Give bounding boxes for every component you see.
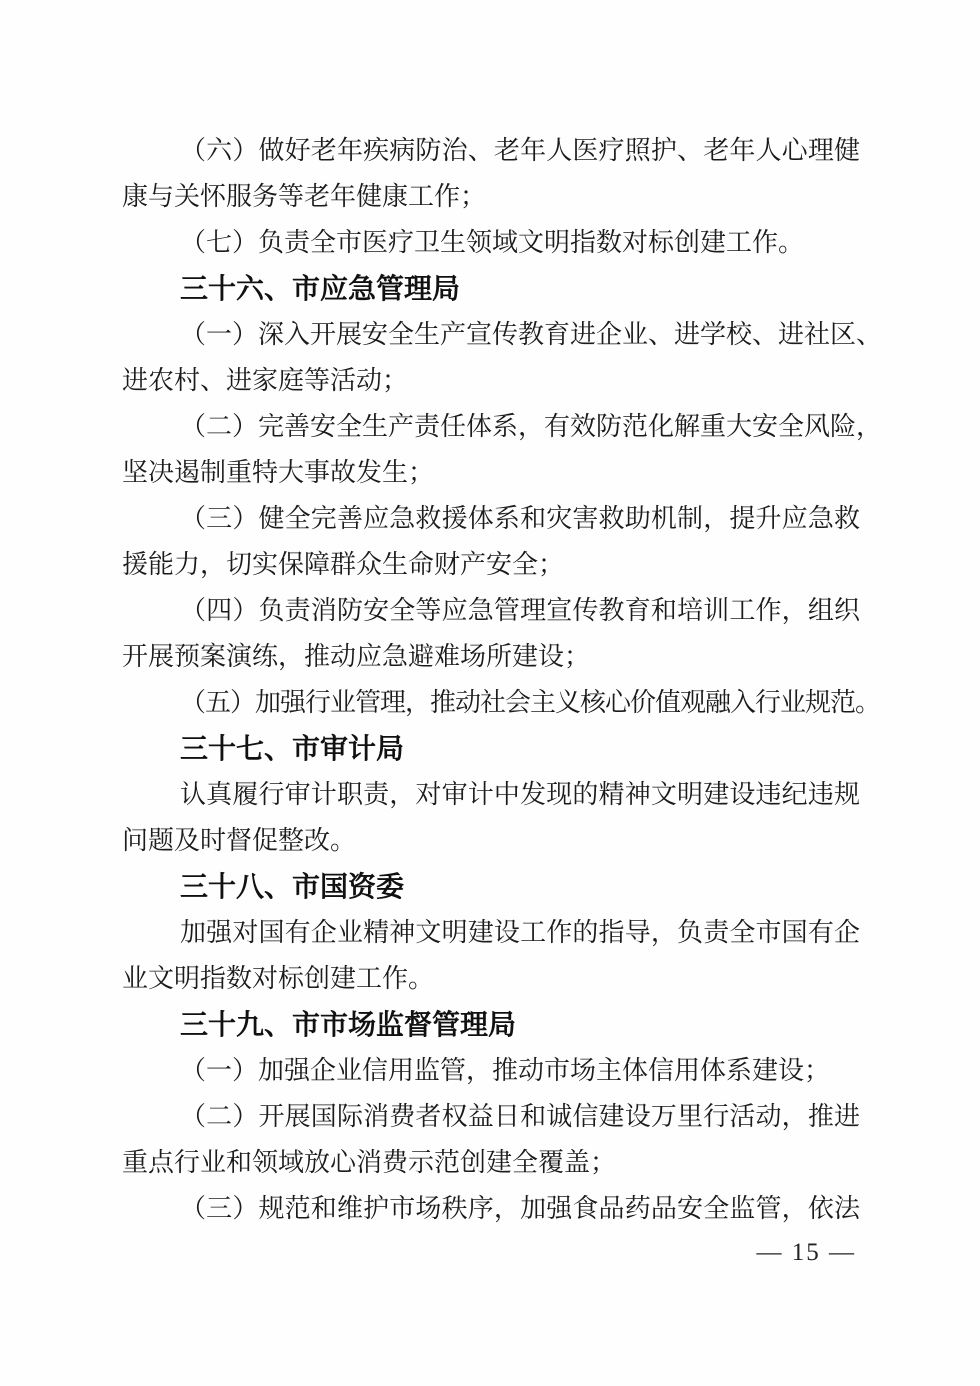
text-line: （七）负责全市医疗卫生领域文明指数对标创建工作。 — [122, 220, 860, 266]
text-line: （三）健全完善应急救援体系和灾害救助机制，提升应急救 — [122, 496, 860, 542]
text-line: 认真履行审计职责，对审计中发现的精神文明建设违纪违规 — [122, 772, 860, 818]
section-heading: 三十七、市审计局 — [122, 726, 860, 772]
section-heading: 三十六、市应急管理局 — [122, 266, 860, 312]
text-line: （二）完善安全生产责任体系，有效防范化解重大安全风险， — [122, 404, 860, 450]
text-line: （四）负责消防安全等应急管理宣传教育和培训工作，组织 — [122, 588, 860, 634]
document-page: （六）做好老年疾病防治、老年人医疗照护、老年人心理健 康与关怀服务等老年健康工作… — [0, 0, 980, 1386]
text-line: （五）加强行业管理，推动社会主义核心价值观融入行业规范。 — [122, 680, 860, 726]
text-line: （三）规范和维护市场秩序，加强食品药品安全监管，依法 — [122, 1186, 860, 1232]
text-line: 重点行业和领域放心消费示范创建全覆盖； — [122, 1140, 860, 1186]
text-line: 康与关怀服务等老年健康工作； — [122, 174, 860, 220]
text-line: 开展预案演练，推动应急避难场所建设； — [122, 634, 860, 680]
text-line: 援能力，切实保障群众生命财产安全； — [122, 542, 860, 588]
text-line: 加强对国有企业精神文明建设工作的指导，负责全市国有企 — [122, 910, 860, 956]
document-body: （六）做好老年疾病防治、老年人医疗照护、老年人心理健 康与关怀服务等老年健康工作… — [122, 128, 860, 1232]
text-line: （六）做好老年疾病防治、老年人医疗照护、老年人心理健 — [122, 128, 860, 174]
text-line: （一）深入开展安全生产宣传教育进企业、进学校、进社区、 — [122, 312, 860, 358]
text-line: 业文明指数对标创建工作。 — [122, 956, 860, 1002]
text-line: （二）开展国际消费者权益日和诚信建设万里行活动，推进 — [122, 1094, 860, 1140]
text-line: （一）加强企业信用监管，推动市场主体信用体系建设； — [122, 1048, 860, 1094]
text-line: 问题及时督促整改。 — [122, 818, 860, 864]
text-line: 进农村、进家庭等活动； — [122, 358, 860, 404]
section-heading: 三十九、市市场监督管理局 — [122, 1002, 860, 1048]
section-heading: 三十八、市国资委 — [122, 864, 860, 910]
page-number: — 15 — — [122, 1233, 856, 1273]
text-line: 坚决遏制重特大事故发生； — [122, 450, 860, 496]
